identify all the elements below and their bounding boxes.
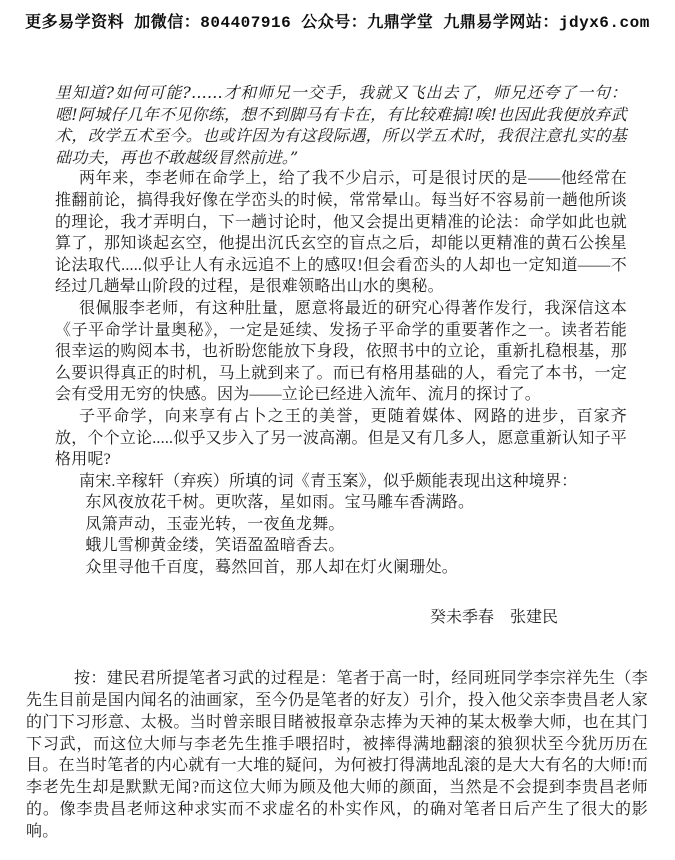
opening-quote-paragraph: 里知道?如何可能?......才和师兄一交手，我就又飞出去了，师兄还夸了一句：嗯… [55, 82, 627, 168]
poem-line: 众里寻他千百度，蓦然回首，那人却在灯火阑珊处。 [55, 557, 627, 579]
poem-line: 凤箫声动，玉壶光转，一夜鱼龙舞。 [55, 514, 627, 536]
postscript-block: 按：建民君所提笔者习武的过程是：笔者于高一时，经同班同学李宗祥先生（李先生目前是… [0, 668, 675, 842]
scanned-book-page: 更多易学资料 加微信：804407916 公众号：九鼎学堂 九鼎易学网站：jdy… [0, 0, 675, 860]
poem-intro-paragraph: 南宋.辛稼轩（弃疾）所填的词《青玉案》，似乎颇能表现出这种境界： [55, 471, 627, 493]
poem-line: 蛾儿雪柳黄金缕，笑语盈盈暗香去。 [55, 535, 627, 557]
page-body: 里知道?如何可能?......才和师兄一交手，我就又飞出去了，师兄还夸了一句：嗯… [0, 82, 675, 579]
poem-qingyuan: 东风夜放花千树。更吹落，星如雨。宝马雕车香满路。 凤箫声动，玉壶光转，一夜鱼龙舞… [55, 492, 627, 578]
body-paragraph: 很佩服李老师，有这种肚量，愿意将最近的研究心得著作发行，我深信这本《子平命学计量… [55, 298, 627, 406]
promo-banner: 更多易学资料 加微信：804407916 公众号：九鼎学堂 九鼎易学网站：jdy… [0, 0, 675, 32]
postscript-paragraph: 按：建民君所提笔者习武的过程是：笔者于高一时，经同班同学李宗祥先生（李先生目前是… [26, 668, 648, 842]
author-signature: 癸未季春 张建民 [0, 607, 675, 629]
body-paragraph: 子平命学，向来享有占卜之王的美誉，更随着媒体、网路的进步，百家齐放，个个立论..… [55, 406, 627, 471]
poem-line: 东风夜放花千树。更吹落，星如雨。宝马雕车香满路。 [55, 492, 627, 514]
body-paragraph: 两年来，李老师在命学上，给了我不少启示，可是很讨厌的是——他经常在推翻前论，搞得… [55, 168, 627, 298]
